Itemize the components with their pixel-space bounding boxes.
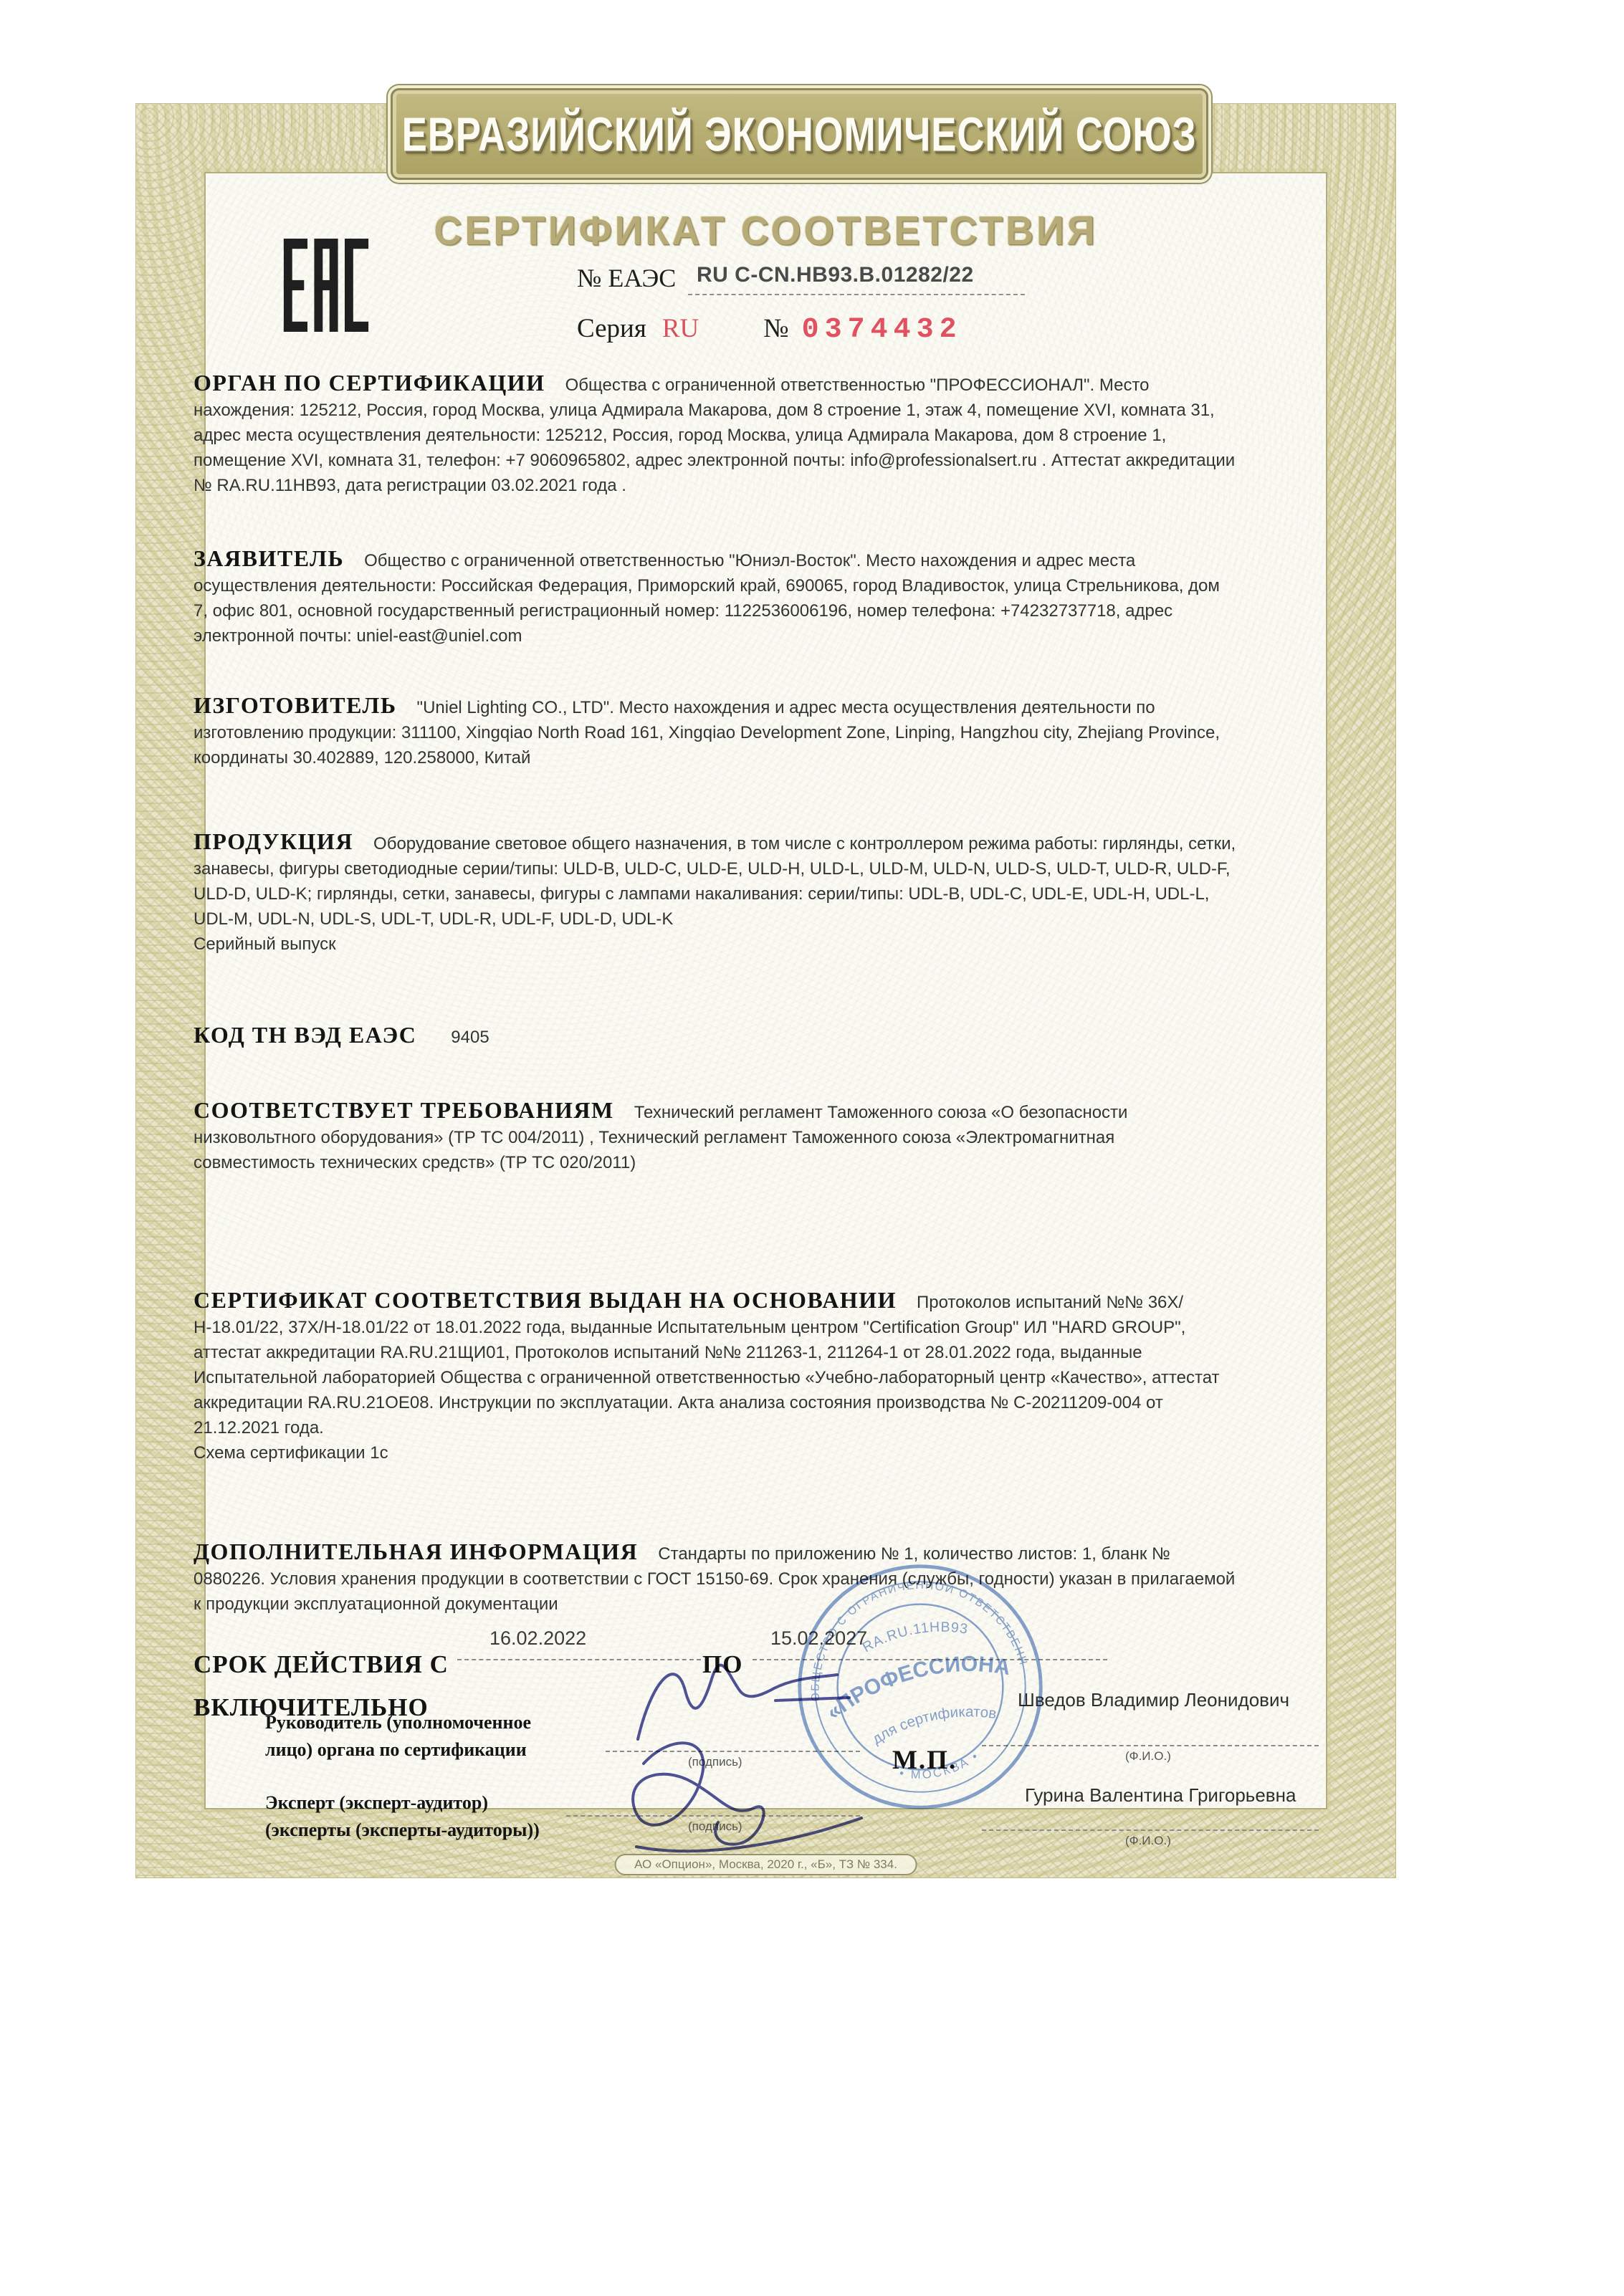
head-signature-dash	[775, 1698, 849, 1701]
handwritten-signatures	[136, 104, 1395, 1878]
head-signature-stroke	[638, 1665, 837, 1739]
certificate-page: ЕВРАЗИЙСКИЙ ЭКОНОМИЧЕСКИЙ СОЮЗ СЕРТИФИКА…	[0, 0, 1624, 2296]
expert-signature-tail	[636, 1818, 861, 1851]
certificate-sheet: ЕВРАЗИЙСКИЙ ЭКОНОМИЧЕСКИЙ СОЮЗ СЕРТИФИКА…	[136, 104, 1395, 1878]
expert-signature-stroke	[633, 1743, 764, 1844]
